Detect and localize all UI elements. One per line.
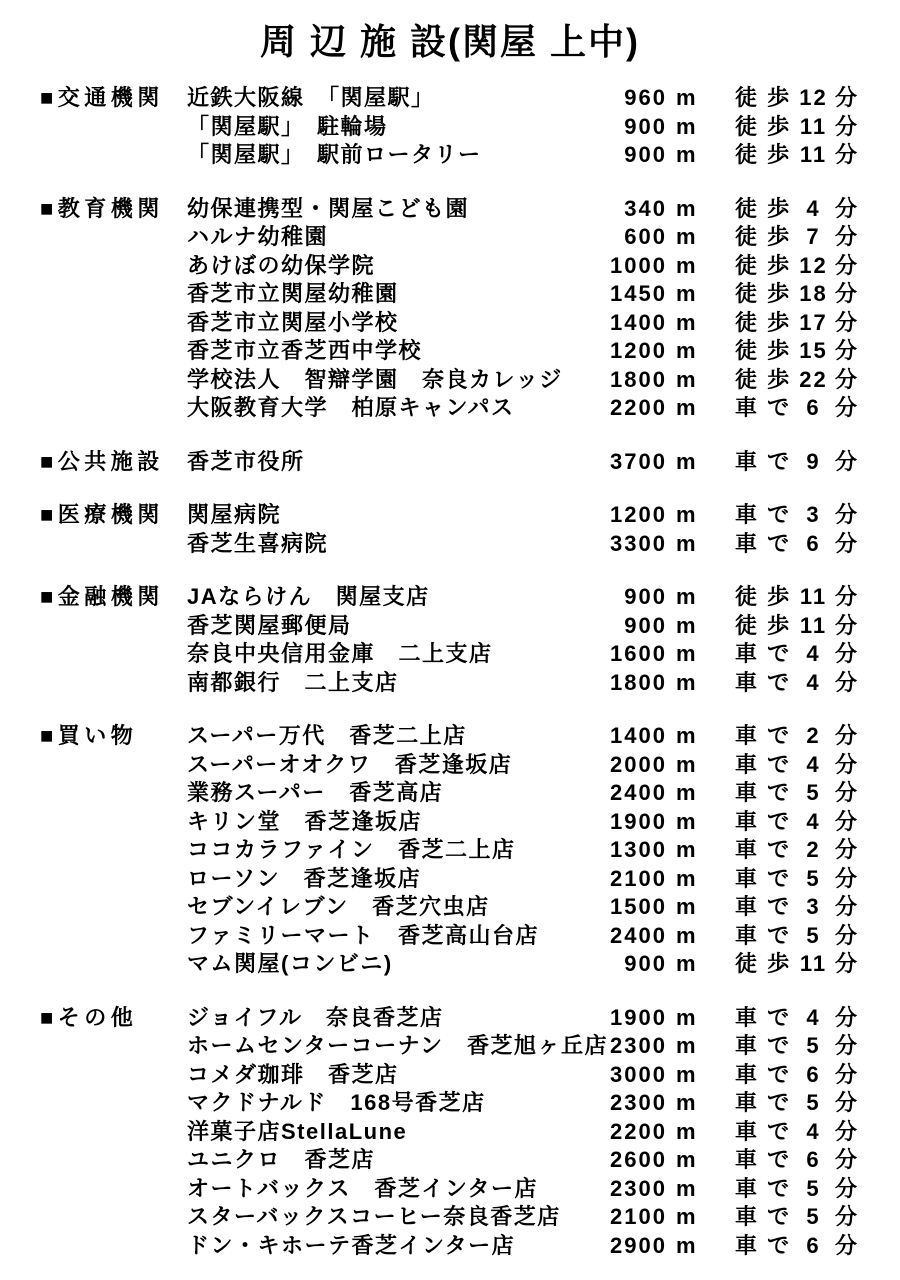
facility-distance: 2400m bbox=[555, 922, 697, 951]
distance-unit: m bbox=[676, 448, 697, 477]
facility-distance: 900m bbox=[555, 950, 697, 979]
facility-time: 車 で3分 bbox=[735, 501, 895, 530]
time-value: 12 bbox=[792, 252, 835, 281]
facility-row: スーパーオオクワ 香芝逢坂店2000m車 で4分 bbox=[40, 751, 900, 780]
distance-unit: m bbox=[676, 1004, 697, 1033]
facility-name: ココカラファイン 香芝二上店 bbox=[187, 836, 555, 865]
distance-value: 1900 bbox=[555, 1004, 667, 1033]
facility-row: 香芝生喜病院3300m車 で6分 bbox=[40, 530, 900, 559]
distance-unit: m bbox=[676, 394, 697, 423]
distance-unit: m bbox=[676, 950, 697, 979]
facility-time: 徒 歩15分 bbox=[735, 337, 895, 366]
facility-time: 車 で4分 bbox=[735, 751, 895, 780]
time-value: 4 bbox=[792, 669, 835, 698]
facility-name: マム関屋(コンビニ) bbox=[187, 950, 555, 979]
facility-time: 車 で5分 bbox=[735, 1175, 895, 1204]
facility-distance: 2900m bbox=[555, 1232, 697, 1261]
facility-distance: 2000m bbox=[555, 751, 697, 780]
time-value: 11 bbox=[792, 113, 835, 142]
time-value: 3 bbox=[792, 501, 835, 530]
time-value: 12 bbox=[792, 84, 835, 113]
travel-mode: 車 で bbox=[735, 1089, 792, 1118]
facility-name: 洋菓子店StellaLune bbox=[187, 1118, 555, 1147]
time-value: 5 bbox=[792, 922, 835, 951]
travel-mode: 車 で bbox=[735, 836, 792, 865]
facility-distance: 1800m bbox=[555, 366, 697, 395]
travel-mode: 車 で bbox=[735, 865, 792, 894]
distance-unit: m bbox=[676, 309, 697, 338]
distance-value: 900 bbox=[555, 141, 667, 170]
facility-time: 車 で4分 bbox=[735, 1118, 895, 1147]
time-unit: 分 bbox=[835, 893, 857, 922]
facility-distance: 1450m bbox=[555, 280, 697, 309]
distance-unit: m bbox=[676, 223, 697, 252]
travel-mode: 車 で bbox=[735, 501, 792, 530]
distance-unit: m bbox=[676, 252, 697, 281]
travel-mode: 徒 歩 bbox=[735, 950, 792, 979]
facility-name: 幼保連携型・関屋こども園 bbox=[187, 195, 555, 224]
time-unit: 分 bbox=[835, 448, 857, 477]
time-value: 4 bbox=[792, 808, 835, 837]
facility-time: 車 で6分 bbox=[735, 1061, 895, 1090]
time-unit: 分 bbox=[835, 779, 857, 808]
distance-value: 2400 bbox=[555, 922, 667, 951]
facility-row: ■その他ジョイフル 奈良香芝店1900m車 で4分 bbox=[40, 1004, 900, 1033]
time-unit: 分 bbox=[835, 1146, 857, 1175]
document-page: 周 辺 施 設(関屋 上中) ■交通機関近鉄大阪線 「関屋駅」960m徒 歩12… bbox=[0, 0, 900, 1280]
facility-distance: 1500m bbox=[555, 893, 697, 922]
time-value: 2 bbox=[792, 722, 835, 751]
distance-value: 2200 bbox=[555, 1118, 667, 1147]
facility-row: ココカラファイン 香芝二上店1300m車 で2分 bbox=[40, 836, 900, 865]
time-value: 5 bbox=[792, 1175, 835, 1204]
distance-value: 2200 bbox=[555, 394, 667, 423]
travel-mode: 徒 歩 bbox=[735, 337, 792, 366]
facility-distance: 1600m bbox=[555, 640, 697, 669]
facility-name: スターバックスコーヒー奈良香芝店 bbox=[187, 1203, 555, 1232]
page-title: 周 辺 施 設(関屋 上中) bbox=[0, 14, 900, 65]
time-value: 7 bbox=[792, 223, 835, 252]
time-value: 4 bbox=[792, 751, 835, 780]
facility-row: 大阪教育大学 柏原キャンパス2200m車 で6分 bbox=[40, 394, 900, 423]
time-value: 4 bbox=[792, 1118, 835, 1147]
time-unit: 分 bbox=[835, 394, 857, 423]
distance-value: 2600 bbox=[555, 1146, 667, 1175]
facility-distance: 2600m bbox=[555, 1146, 697, 1175]
facility-time: 徒 歩18分 bbox=[735, 280, 895, 309]
facility-distance: 2300m bbox=[555, 1032, 697, 1061]
facility-row: ローソン 香芝逢坂店2100m車 で5分 bbox=[40, 865, 900, 894]
facility-row: ■公共施設香芝市役所3700m車 で9分 bbox=[40, 448, 900, 477]
time-unit: 分 bbox=[835, 808, 857, 837]
distance-value: 2900 bbox=[555, 1232, 667, 1261]
distance-value: 900 bbox=[555, 113, 667, 142]
facility-name: スーパー万代 香芝二上店 bbox=[187, 722, 555, 751]
distance-value: 3300 bbox=[555, 530, 667, 559]
facility-name: 香芝生喜病院 bbox=[187, 530, 555, 559]
time-value: 6 bbox=[792, 1232, 835, 1261]
distance-unit: m bbox=[676, 141, 697, 170]
facility-name: 香芝関屋郵便局 bbox=[187, 612, 555, 641]
time-unit: 分 bbox=[835, 337, 857, 366]
facility-distance: 3000m bbox=[555, 1061, 697, 1090]
facility-name: 「関屋駅」 駐輪場 bbox=[187, 113, 555, 142]
travel-mode: 車 で bbox=[735, 530, 792, 559]
facility-time: 車 で5分 bbox=[735, 922, 895, 951]
travel-mode: 車 で bbox=[735, 779, 792, 808]
facility-name: ハルナ幼稚園 bbox=[187, 223, 555, 252]
facility-section: ■公共施設香芝市役所3700m車 で9分 bbox=[40, 448, 900, 477]
travel-mode: 徒 歩 bbox=[735, 252, 792, 281]
facility-distance: 1300m bbox=[555, 836, 697, 865]
facility-time: 徒 歩11分 bbox=[735, 583, 895, 612]
distance-value: 1300 bbox=[555, 836, 667, 865]
facility-distance: 2100m bbox=[555, 865, 697, 894]
time-value: 3 bbox=[792, 893, 835, 922]
time-value: 22 bbox=[792, 366, 835, 395]
section-label: ■買い物 bbox=[40, 722, 187, 751]
facility-row: 学校法人 智辯学園 奈良カレッジ1800m徒 歩22分 bbox=[40, 366, 900, 395]
facility-row: ■金融機関JAならけん 関屋支店900m徒 歩11分 bbox=[40, 583, 900, 612]
time-value: 11 bbox=[792, 612, 835, 641]
travel-mode: 徒 歩 bbox=[735, 195, 792, 224]
facility-row: ユニクロ 香芝店2600m車 で6分 bbox=[40, 1146, 900, 1175]
facility-time: 徒 歩17分 bbox=[735, 309, 895, 338]
distance-unit: m bbox=[676, 808, 697, 837]
facility-row: ■交通機関近鉄大阪線 「関屋駅」960m徒 歩12分 bbox=[40, 84, 900, 113]
time-value: 5 bbox=[792, 1032, 835, 1061]
facility-row: ハルナ幼稚園600m徒 歩7分 bbox=[40, 223, 900, 252]
distance-value: 900 bbox=[555, 612, 667, 641]
facility-name: あけぼの幼保学院 bbox=[187, 252, 555, 281]
time-value: 6 bbox=[792, 394, 835, 423]
facility-name: 近鉄大阪線 「関屋駅」 bbox=[187, 84, 555, 113]
facility-name: マクドナルド 168号香芝店 bbox=[187, 1089, 555, 1118]
facility-time: 車 で2分 bbox=[735, 722, 895, 751]
time-value: 5 bbox=[792, 779, 835, 808]
time-unit: 分 bbox=[835, 1032, 857, 1061]
travel-mode: 徒 歩 bbox=[735, 612, 792, 641]
distance-unit: m bbox=[676, 836, 697, 865]
facility-name: ファミリーマート 香芝高山台店 bbox=[187, 922, 555, 951]
time-unit: 分 bbox=[835, 1175, 857, 1204]
facility-section: ■医療機関関屋病院1200m車 で3分香芝生喜病院3300m車 で6分 bbox=[40, 501, 900, 558]
time-unit: 分 bbox=[835, 612, 857, 641]
facility-name: JAならけん 関屋支店 bbox=[187, 583, 555, 612]
time-unit: 分 bbox=[835, 309, 857, 338]
facility-name: コメダ珈琲 香芝店 bbox=[187, 1061, 555, 1090]
distance-value: 1800 bbox=[555, 366, 667, 395]
time-unit: 分 bbox=[835, 1061, 857, 1090]
facility-distance: 2300m bbox=[555, 1089, 697, 1118]
facility-distance: 1400m bbox=[555, 309, 697, 338]
distance-unit: m bbox=[676, 113, 697, 142]
facility-row: ■買い物スーパー万代 香芝二上店1400m車 で2分 bbox=[40, 722, 900, 751]
facility-section: ■金融機関JAならけん 関屋支店900m徒 歩11分香芝関屋郵便局900m徒 歩… bbox=[40, 583, 900, 697]
travel-mode: 車 で bbox=[735, 1061, 792, 1090]
distance-value: 1200 bbox=[555, 337, 667, 366]
travel-mode: 車 で bbox=[735, 1203, 792, 1232]
time-value: 11 bbox=[792, 141, 835, 170]
time-unit: 分 bbox=[835, 1118, 857, 1147]
facility-name: キリン堂 香芝逢坂店 bbox=[187, 808, 555, 837]
distance-unit: m bbox=[676, 779, 697, 808]
facility-time: 車 で5分 bbox=[735, 865, 895, 894]
facility-time: 車 で4分 bbox=[735, 808, 895, 837]
distance-unit: m bbox=[676, 84, 697, 113]
travel-mode: 徒 歩 bbox=[735, 366, 792, 395]
distance-unit: m bbox=[676, 1232, 697, 1261]
time-unit: 分 bbox=[835, 922, 857, 951]
section-label: ■交通機関 bbox=[40, 84, 187, 113]
distance-value: 2000 bbox=[555, 751, 667, 780]
distance-value: 2100 bbox=[555, 865, 667, 894]
time-unit: 分 bbox=[835, 252, 857, 281]
distance-value: 960 bbox=[555, 84, 667, 113]
facility-time: 車 で3分 bbox=[735, 893, 895, 922]
distance-value: 2400 bbox=[555, 779, 667, 808]
facility-row: マム関屋(コンビニ)900m徒 歩11分 bbox=[40, 950, 900, 979]
facility-row: コメダ珈琲 香芝店3000m車 で6分 bbox=[40, 1061, 900, 1090]
distance-unit: m bbox=[676, 669, 697, 698]
distance-value: 1000 bbox=[555, 252, 667, 281]
time-value: 4 bbox=[792, 195, 835, 224]
facility-distance: 2300m bbox=[555, 1175, 697, 1204]
travel-mode: 車 で bbox=[735, 922, 792, 951]
distance-unit: m bbox=[676, 751, 697, 780]
time-value: 6 bbox=[792, 1061, 835, 1090]
distance-value: 340 bbox=[555, 195, 667, 224]
time-unit: 分 bbox=[835, 722, 857, 751]
travel-mode: 徒 歩 bbox=[735, 141, 792, 170]
travel-mode: 車 で bbox=[735, 1232, 792, 1261]
time-unit: 分 bbox=[835, 530, 857, 559]
facility-time: 徒 歩11分 bbox=[735, 612, 895, 641]
time-unit: 分 bbox=[835, 501, 857, 530]
section-label: ■公共施設 bbox=[40, 448, 187, 477]
distance-value: 1400 bbox=[555, 722, 667, 751]
facility-section: ■交通機関近鉄大阪線 「関屋駅」960m徒 歩12分「関屋駅」 駐輪場900m徒… bbox=[40, 84, 900, 170]
facility-name: 大阪教育大学 柏原キャンパス bbox=[187, 394, 555, 423]
facility-row: ファミリーマート 香芝高山台店2400m車 で5分 bbox=[40, 922, 900, 951]
facility-time: 徒 歩12分 bbox=[735, 252, 895, 281]
time-unit: 分 bbox=[835, 669, 857, 698]
distance-value: 2300 bbox=[555, 1089, 667, 1118]
facility-distance: 900m bbox=[555, 113, 697, 142]
facility-time: 徒 歩11分 bbox=[735, 113, 895, 142]
facility-row: スターバックスコーヒー奈良香芝店2100m車 で5分 bbox=[40, 1203, 900, 1232]
distance-value: 1450 bbox=[555, 280, 667, 309]
facility-distance: 1200m bbox=[555, 501, 697, 530]
facility-distance: 900m bbox=[555, 141, 697, 170]
facility-distance: 3300m bbox=[555, 530, 697, 559]
facility-list: ■交通機関近鉄大阪線 「関屋駅」960m徒 歩12分「関屋駅」 駐輪場900m徒… bbox=[40, 84, 900, 1280]
distance-value: 2300 bbox=[555, 1032, 667, 1061]
distance-unit: m bbox=[676, 366, 697, 395]
facility-row: キリン堂 香芝逢坂店1900m車 で4分 bbox=[40, 808, 900, 837]
time-value: 4 bbox=[792, 1004, 835, 1033]
travel-mode: 徒 歩 bbox=[735, 309, 792, 338]
time-unit: 分 bbox=[835, 1089, 857, 1118]
facility-row: オートバックス 香芝インター店2300m車 で5分 bbox=[40, 1175, 900, 1204]
travel-mode: 車 で bbox=[735, 751, 792, 780]
travel-mode: 車 で bbox=[735, 669, 792, 698]
facility-name: オートバックス 香芝インター店 bbox=[187, 1175, 555, 1204]
facility-distance: 1800m bbox=[555, 669, 697, 698]
facility-time: 徒 歩4分 bbox=[735, 195, 895, 224]
distance-unit: m bbox=[676, 612, 697, 641]
facility-time: 車 で9分 bbox=[735, 448, 895, 477]
section-label: ■その他 bbox=[40, 1004, 187, 1033]
time-unit: 分 bbox=[835, 141, 857, 170]
time-value: 18 bbox=[792, 280, 835, 309]
facility-row: 「関屋駅」 駐輪場900m徒 歩11分 bbox=[40, 113, 900, 142]
time-unit: 分 bbox=[835, 751, 857, 780]
facility-row: ■教育機関幼保連携型・関屋こども園340m徒 歩4分 bbox=[40, 195, 900, 224]
facility-distance: 1000m bbox=[555, 252, 697, 281]
time-value: 5 bbox=[792, 865, 835, 894]
time-unit: 分 bbox=[835, 836, 857, 865]
facility-section: ■買い物スーパー万代 香芝二上店1400m車 で2分スーパーオオクワ 香芝逢坂店… bbox=[40, 722, 900, 979]
facility-row: 奈良中央信用金庫 二上支店1600m車 で4分 bbox=[40, 640, 900, 669]
travel-mode: 車 で bbox=[735, 1118, 792, 1147]
distance-unit: m bbox=[676, 583, 697, 612]
facility-name: 南都銀行 二上支店 bbox=[187, 669, 555, 698]
time-unit: 分 bbox=[835, 280, 857, 309]
facility-section: ■その他ジョイフル 奈良香芝店1900m車 で4分ホームセンターコーナン 香芝旭… bbox=[40, 1004, 900, 1261]
facility-row: 洋菓子店StellaLune2200m車 で4分 bbox=[40, 1118, 900, 1147]
distance-value: 900 bbox=[555, 950, 667, 979]
facility-time: 車 で5分 bbox=[735, 1032, 895, 1061]
travel-mode: 徒 歩 bbox=[735, 113, 792, 142]
facility-distance: 2400m bbox=[555, 779, 697, 808]
time-value: 6 bbox=[792, 530, 835, 559]
travel-mode: 徒 歩 bbox=[735, 280, 792, 309]
distance-value: 600 bbox=[555, 223, 667, 252]
facility-time: 車 で5分 bbox=[735, 779, 895, 808]
facility-name: ドン・キホーテ香芝インター店 bbox=[187, 1232, 555, 1261]
facility-row: 香芝関屋郵便局900m徒 歩11分 bbox=[40, 612, 900, 641]
facility-time: 車 で6分 bbox=[735, 1146, 895, 1175]
distance-value: 2100 bbox=[555, 1203, 667, 1232]
distance-value: 3700 bbox=[555, 448, 667, 477]
facility-distance: 2200m bbox=[555, 394, 697, 423]
distance-value: 3000 bbox=[555, 1061, 667, 1090]
distance-value: 1900 bbox=[555, 808, 667, 837]
facility-time: 徒 歩11分 bbox=[735, 141, 895, 170]
facility-time: 車 で4分 bbox=[735, 1004, 895, 1033]
travel-mode: 徒 歩 bbox=[735, 583, 792, 612]
distance-unit: m bbox=[676, 280, 697, 309]
facility-distance: 960m bbox=[555, 84, 697, 113]
facility-row: 香芝市立関屋小学校1400m徒 歩17分 bbox=[40, 309, 900, 338]
facility-row: 南都銀行 二上支店1800m車 で4分 bbox=[40, 669, 900, 698]
facility-distance: 1400m bbox=[555, 722, 697, 751]
facility-name: 関屋病院 bbox=[187, 501, 555, 530]
distance-unit: m bbox=[676, 1146, 697, 1175]
facility-distance: 3700m bbox=[555, 448, 697, 477]
facility-name: スーパーオオクワ 香芝逢坂店 bbox=[187, 751, 555, 780]
facility-row: 香芝市立香芝西中学校1200m徒 歩15分 bbox=[40, 337, 900, 366]
time-unit: 分 bbox=[835, 1232, 857, 1261]
facility-time: 徒 歩11分 bbox=[735, 950, 895, 979]
section-label: ■医療機関 bbox=[40, 501, 187, 530]
travel-mode: 車 で bbox=[735, 640, 792, 669]
facility-distance: 1900m bbox=[555, 1004, 697, 1033]
facility-distance: 900m bbox=[555, 612, 697, 641]
travel-mode: 車 で bbox=[735, 808, 792, 837]
time-value: 4 bbox=[792, 640, 835, 669]
time-value: 5 bbox=[792, 1203, 835, 1232]
facility-row: ホームセンターコーナン 香芝旭ヶ丘店2300m車 で5分 bbox=[40, 1032, 900, 1061]
facility-time: 車 で5分 bbox=[735, 1089, 895, 1118]
distance-unit: m bbox=[676, 722, 697, 751]
distance-unit: m bbox=[676, 1175, 697, 1204]
distance-unit: m bbox=[676, 922, 697, 951]
facility-time: 車 で2分 bbox=[735, 836, 895, 865]
facility-time: 徒 歩12分 bbox=[735, 84, 895, 113]
time-unit: 分 bbox=[835, 950, 857, 979]
facility-name: 香芝市立関屋幼稚園 bbox=[187, 280, 555, 309]
facility-time: 車 で5分 bbox=[735, 1203, 895, 1232]
facility-name: 奈良中央信用金庫 二上支店 bbox=[187, 640, 555, 669]
facility-time: 車 で4分 bbox=[735, 640, 895, 669]
facility-name: 香芝市立関屋小学校 bbox=[187, 309, 555, 338]
time-value: 2 bbox=[792, 836, 835, 865]
time-unit: 分 bbox=[835, 113, 857, 142]
travel-mode: 車 で bbox=[735, 893, 792, 922]
time-unit: 分 bbox=[835, 640, 857, 669]
time-unit: 分 bbox=[835, 223, 857, 252]
facility-name: 香芝市立香芝西中学校 bbox=[187, 337, 555, 366]
facility-name: ユニクロ 香芝店 bbox=[187, 1146, 555, 1175]
facility-distance: 2100m bbox=[555, 1203, 697, 1232]
travel-mode: 車 で bbox=[735, 1175, 792, 1204]
facility-row: 「関屋駅」 駅前ロータリー900m徒 歩11分 bbox=[40, 141, 900, 170]
distance-unit: m bbox=[676, 337, 697, 366]
facility-row: 業務スーパー 香芝高店2400m車 で5分 bbox=[40, 779, 900, 808]
distance-value: 1200 bbox=[555, 501, 667, 530]
time-unit: 分 bbox=[835, 1203, 857, 1232]
time-unit: 分 bbox=[835, 1004, 857, 1033]
facility-row: ドン・キホーテ香芝インター店2900m車 で6分 bbox=[40, 1232, 900, 1261]
facility-name: セブンイレブン 香芝穴虫店 bbox=[187, 893, 555, 922]
distance-unit: m bbox=[676, 1203, 697, 1232]
facility-name: 学校法人 智辯学園 奈良カレッジ bbox=[187, 366, 555, 395]
travel-mode: 車 で bbox=[735, 722, 792, 751]
distance-value: 1800 bbox=[555, 669, 667, 698]
distance-value: 1600 bbox=[555, 640, 667, 669]
travel-mode: 車 で bbox=[735, 448, 792, 477]
travel-mode: 徒 歩 bbox=[735, 223, 792, 252]
facility-distance: 1900m bbox=[555, 808, 697, 837]
time-unit: 分 bbox=[835, 865, 857, 894]
facility-time: 車 で4分 bbox=[735, 669, 895, 698]
facility-name: 香芝市役所 bbox=[187, 448, 555, 477]
facility-name: ジョイフル 奈良香芝店 bbox=[187, 1004, 555, 1033]
distance-unit: m bbox=[676, 1118, 697, 1147]
facility-row: ■医療機関関屋病院1200m車 で3分 bbox=[40, 501, 900, 530]
facility-time: 車 で6分 bbox=[735, 394, 895, 423]
time-value: 15 bbox=[792, 337, 835, 366]
time-value: 9 bbox=[792, 448, 835, 477]
section-label: ■教育機関 bbox=[40, 195, 187, 224]
facility-name: 業務スーパー 香芝高店 bbox=[187, 779, 555, 808]
distance-unit: m bbox=[676, 501, 697, 530]
travel-mode: 車 で bbox=[735, 1004, 792, 1033]
time-value: 11 bbox=[792, 583, 835, 612]
time-unit: 分 bbox=[835, 366, 857, 395]
